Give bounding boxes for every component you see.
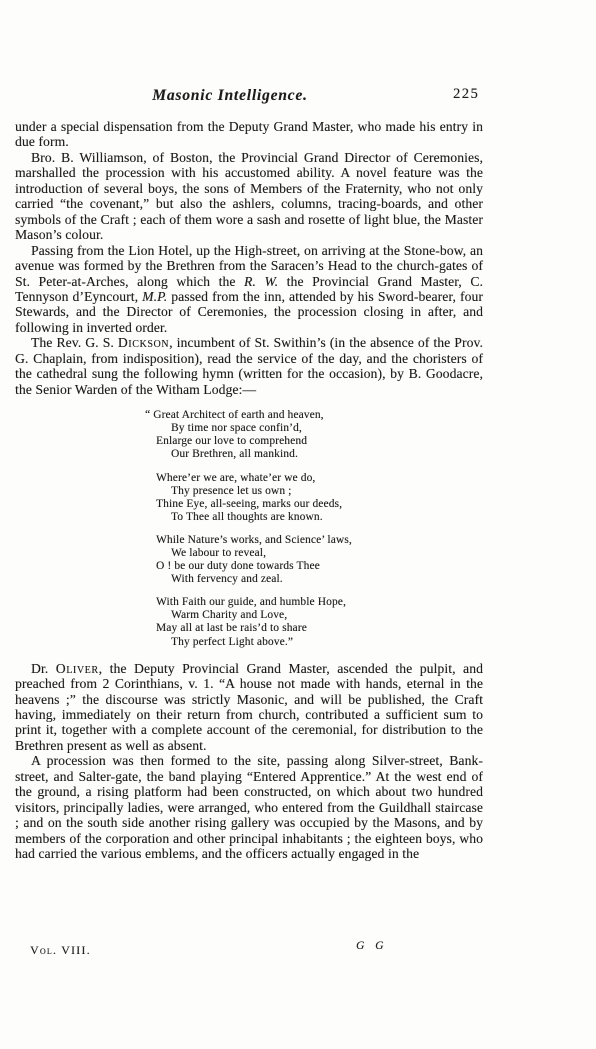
paragraph-site-procession: A procession was then formed to the site…: [15, 753, 483, 861]
scanned-book-page: Masonic Intelligence. 225 under a specia…: [0, 0, 596, 1049]
person-name-dickson: Dickson: [118, 335, 169, 350]
hymn-line: Thine Eye, all-seeing, marks our deeds,: [156, 498, 483, 511]
hymn-line: Enlarge our love to comprehend: [156, 435, 483, 448]
paragraph-procession-route: Passing from the Lion Hotel, up the High…: [15, 243, 483, 336]
paragraph-text: Dr.: [31, 661, 56, 676]
italic-abbreviation-rw: R. W.: [244, 274, 278, 289]
running-title: Masonic Intelligence.: [0, 87, 460, 105]
hymn-line: Warm Charity and Love,: [171, 609, 483, 622]
hymn-line: O ! be our duty done towards Thee: [156, 560, 483, 573]
hymn-stanza-4: With Faith our guide, and humble Hope, W…: [156, 596, 483, 648]
hymn-line: Thy presence let us own ;: [171, 485, 483, 498]
hymn-line: “ Great Architect of earth and heaven,: [156, 409, 483, 422]
paragraph-williamson: Bro. B. Williamson, of Boston, the Provi…: [15, 150, 483, 243]
italic-abbreviation-mp: M.P.: [142, 289, 167, 304]
page-number: 225: [453, 86, 479, 103]
hymn-line: With Faith our guide, and humble Hope,: [156, 596, 483, 609]
paragraph-continuation: under a special dispensation from the De…: [15, 119, 483, 150]
person-name-oliver: Oliver: [56, 661, 99, 676]
hymn-line: Thy perfect Light above.”: [171, 636, 483, 649]
printer-signature-mark: G G: [356, 940, 388, 952]
hymn-stanza-3: While Nature’s works, and Science’ laws,…: [156, 534, 483, 586]
hymn-line: Our Brethren, all mankind.: [171, 448, 483, 461]
hymn-stanza-2: Where’er we are, whate’er we do, Thy pre…: [156, 472, 483, 524]
volume-label: Vol. VIII.: [30, 943, 91, 958]
hymn-line: With fervency and zeal.: [171, 573, 483, 586]
hymn-stanza-1: “ Great Architect of earth and heaven, B…: [156, 409, 483, 461]
hymn-line: To Thee all thoughts are known.: [171, 511, 483, 524]
hymn-line: May all at last be rais’d to share: [156, 622, 483, 635]
hymn-line: While Nature’s works, and Science’ laws,: [156, 534, 483, 547]
paragraph-text: The Rev. G. S.: [31, 335, 118, 350]
paragraph-sermon: Dr. Oliver, the Deputy Provincial Grand …: [15, 661, 483, 754]
hymn-line: By time nor space confin’d,: [171, 422, 483, 435]
hymn-line: Where’er we are, whate’er we do,: [156, 472, 483, 485]
hymn-line: We labour to reveal,: [171, 547, 483, 560]
body-text-column: under a special dispensation from the De…: [15, 119, 483, 862]
hymn-block: “ Great Architect of earth and heaven, B…: [156, 409, 483, 649]
paragraph-service: The Rev. G. S. Dickson, incumbent of St.…: [15, 335, 483, 397]
